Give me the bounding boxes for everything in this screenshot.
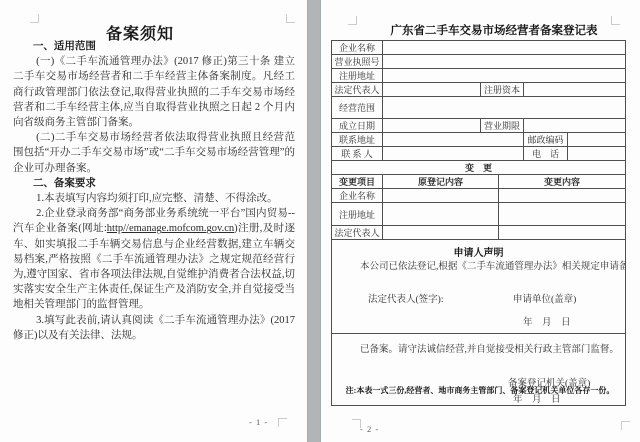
corner-mark (286, 14, 295, 23)
applicant-unit-seal-label: 申请单位(盖章) (513, 291, 576, 305)
change-company-new-cell (499, 189, 626, 203)
form-note: 注:本表一式三份,经营者、地市商务主管部门、备案登记机关单位各存一份。 (320, 385, 640, 396)
change-rep-new-cell (499, 226, 626, 240)
contact-person-cell (383, 147, 524, 161)
change-col-item: 变更项目 (332, 175, 383, 189)
license-no-cell (383, 55, 626, 69)
change-row-company-name: 企业名称 (332, 189, 383, 203)
change-row-legal-rep: 法定代表人 (332, 226, 383, 240)
contact-address-cell (383, 133, 524, 147)
declaration-date-line: 年 月 日 (334, 314, 623, 328)
declaration-cell: 申请人声明 本公司已依法登记,根据《二手车流通管理办法》相关规定申请备案,保证所… (332, 240, 626, 334)
legal-rep-cell (383, 83, 481, 97)
corner-mark (621, 421, 630, 430)
page-number: - 2 - (360, 424, 379, 434)
registration-table: 企业名称 营业执照号 注册地址 法定代表人 注册资本 经营范围 成立日期 营业期… (331, 40, 626, 406)
change-address-new-cell (499, 203, 626, 226)
notice-page: 备案须知 一、适用范围 (一)《二手车流通管理办法》(2017 修正)第三十条 … (0, 0, 308, 442)
change-row-reg-address: 注册地址 (332, 203, 383, 226)
label-legal-rep: 法定代表人 (332, 83, 383, 97)
corner-mark (278, 418, 287, 427)
declaration-title: 申请人声明 (334, 244, 623, 259)
declaration-body: 本公司已依法登记,根据《二手车流通管理办法》相关规定申请备案,保证所提交材料真实… (341, 261, 616, 274)
notice-paragraph: 2.企业登录商务部“商务部业务系统统一平台”国内贸易--汽车企业备案(网址:ht… (13, 206, 295, 312)
page-number: - 1 - (249, 417, 268, 427)
notice-paragraph: 3.填写此表前,请认真阅读《二手车流通管理办法》(2017 修正)以及有关法律、… (13, 313, 295, 343)
label-reg-capital: 注册资本 (481, 83, 524, 97)
label-company-name: 企业名称 (332, 41, 383, 55)
reg-capital-cell (524, 83, 626, 97)
section-heading-requirements: 二、备案要求 (13, 176, 295, 191)
notice-body: 一、适用范围 (一)《二手车流通管理办法》(2017 修正)第三十条 建立二手车… (13, 39, 295, 343)
phone-cell (568, 147, 626, 161)
legal-rep-signature-label: 法定代表人(签字): (368, 291, 443, 305)
reg-address-cell (383, 69, 626, 83)
change-address-original-cell (383, 203, 499, 226)
label-est-date: 成立日期 (332, 119, 383, 133)
form-title: 广东省二手车交易市场经营者备案登记表 (331, 22, 640, 38)
change-section-header: 变 更 (332, 161, 626, 175)
emanage-url-link[interactable]: http//emanage.mofcom.gov.cn (107, 223, 234, 234)
declaration-sign-row: 法定代表人(签字): 申请单位(盖章) (334, 291, 623, 303)
change-company-original-cell (383, 189, 499, 203)
change-col-new: 变更内容 (499, 175, 626, 189)
postal-code-cell (568, 133, 626, 147)
label-contact-person: 联 系 人 (332, 147, 383, 161)
label-reg-address: 注册地址 (332, 69, 383, 83)
section-heading-scope: 一、适用范围 (13, 39, 295, 54)
label-business-term: 营业期限 (481, 119, 524, 133)
label-license-no: 营业执照号 (332, 55, 383, 69)
company-name-cell (383, 41, 626, 55)
notice-paragraph: (一)《二手车流通管理办法》(2017 修正)第三十条 建立二手车交易市场经营者… (13, 54, 295, 130)
label-business-scope: 经营范围 (332, 97, 383, 119)
notice-paragraph: (二)二手车交易市场经营者依法取得营业执照且经营范围包括“开办二手车交易市场”或… (13, 130, 295, 176)
label-postal-code: 邮政编码 (524, 133, 568, 147)
notice-paragraph: 1.本表填写内容均须打印,应完整、清楚、不得涂改。 (13, 191, 295, 206)
business-term-cell (524, 119, 626, 133)
registration-form-page: 广东省二手车交易市场经营者备案登记表 企业名称 营业执照号 注册地址 法定代表人… (320, 0, 640, 442)
label-phone: 电 话 (524, 147, 568, 161)
change-col-original: 原登记内容 (383, 175, 499, 189)
text-run: )注册,及时逐车、如实填报二手车辆交易信息与企业经营数据,建立车辆交易档案,严格… (13, 223, 295, 310)
filed-statement: 已备案。请守法诚信经营,并自觉接受相关行政主管部门监督。 (341, 344, 616, 357)
change-rep-original-cell (383, 226, 499, 240)
business-scope-cell (383, 97, 626, 119)
est-date-cell (383, 119, 481, 133)
label-contact-address: 联系地址 (332, 133, 383, 147)
